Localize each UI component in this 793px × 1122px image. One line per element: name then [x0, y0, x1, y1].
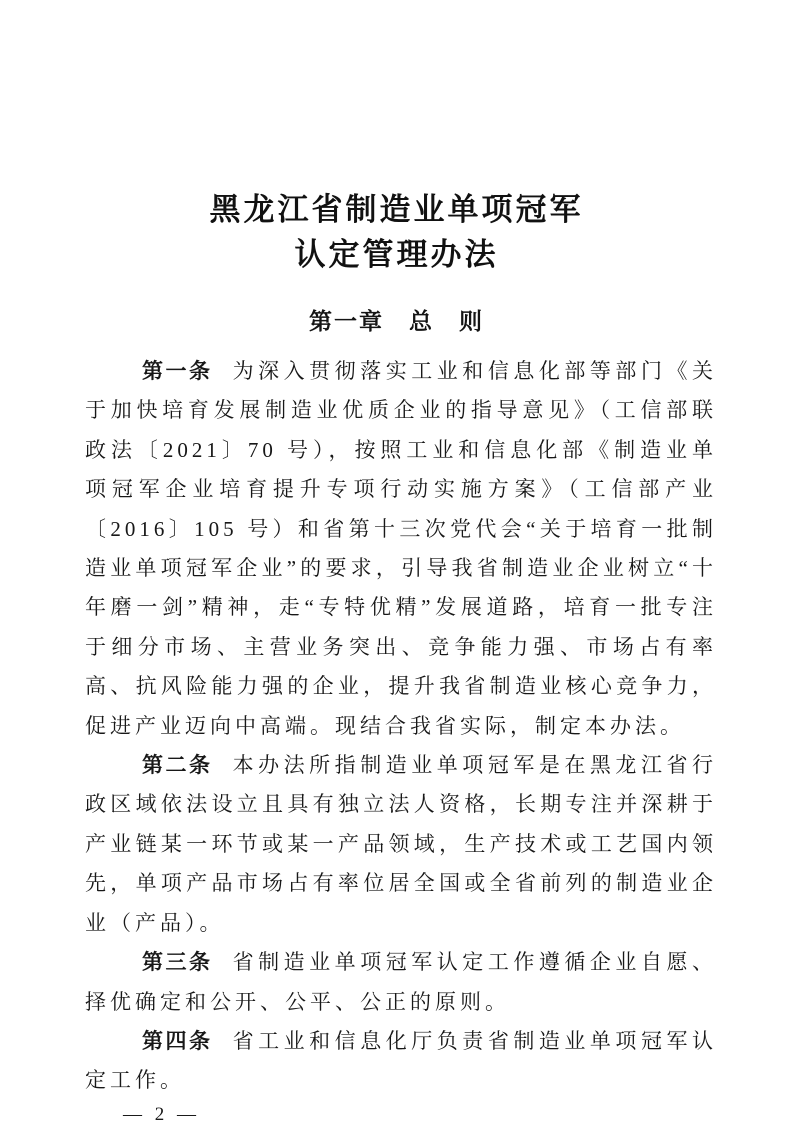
document-page: 黑龙江省制造业单项冠军 认定管理办法 第一章 总 则 第一条为深入贯彻落实工业和…: [0, 0, 793, 1122]
page-number: — 2 —: [123, 1103, 793, 1122]
document-title-line2: 认定管理办法: [0, 232, 793, 277]
article-paragraph-3: 第三条省制造业单项冠军认定工作遵循企业自愿、择优确定和公开、公平、公正的原则。: [85, 943, 717, 1022]
article-paragraph-4: 第四条省工业和信息化厅负责省制造业单项冠军认定工作。: [85, 1022, 717, 1101]
article-paragraph-2: 第二条本办法所指制造业单项冠军是在黑龙江省行政区域依法设立且具有独立法人资格，长…: [85, 746, 717, 943]
article-2-label: 第二条: [142, 753, 213, 777]
article-3-label: 第三条: [142, 950, 213, 974]
document-title: 黑龙江省制造业单项冠军 认定管理办法: [0, 187, 793, 277]
article-4-label: 第四条: [142, 1029, 213, 1053]
article-paragraph-1: 第一条为深入贯彻落实工业和信息化部等部门《关于加快培育发展制造业优质企业的指导意…: [85, 352, 717, 746]
article-1-label: 第一条: [142, 359, 213, 383]
article-1-text: 为深入贯彻落实工业和信息化部等部门《关于加快培育发展制造业优质企业的指导意见》（…: [85, 359, 717, 738]
article-2-text: 本办法所指制造业单项冠军是在黑龙江省行政区域依法设立且具有独立法人资格，长期专注…: [85, 753, 717, 935]
document-title-line1: 黑龙江省制造业单项冠军: [0, 187, 793, 232]
chapter-heading: 第一章 总 则: [0, 307, 793, 337]
document-body: 第一条为深入贯彻落实工业和信息化部等部门《关于加快培育发展制造业优质企业的指导意…: [85, 352, 717, 1101]
